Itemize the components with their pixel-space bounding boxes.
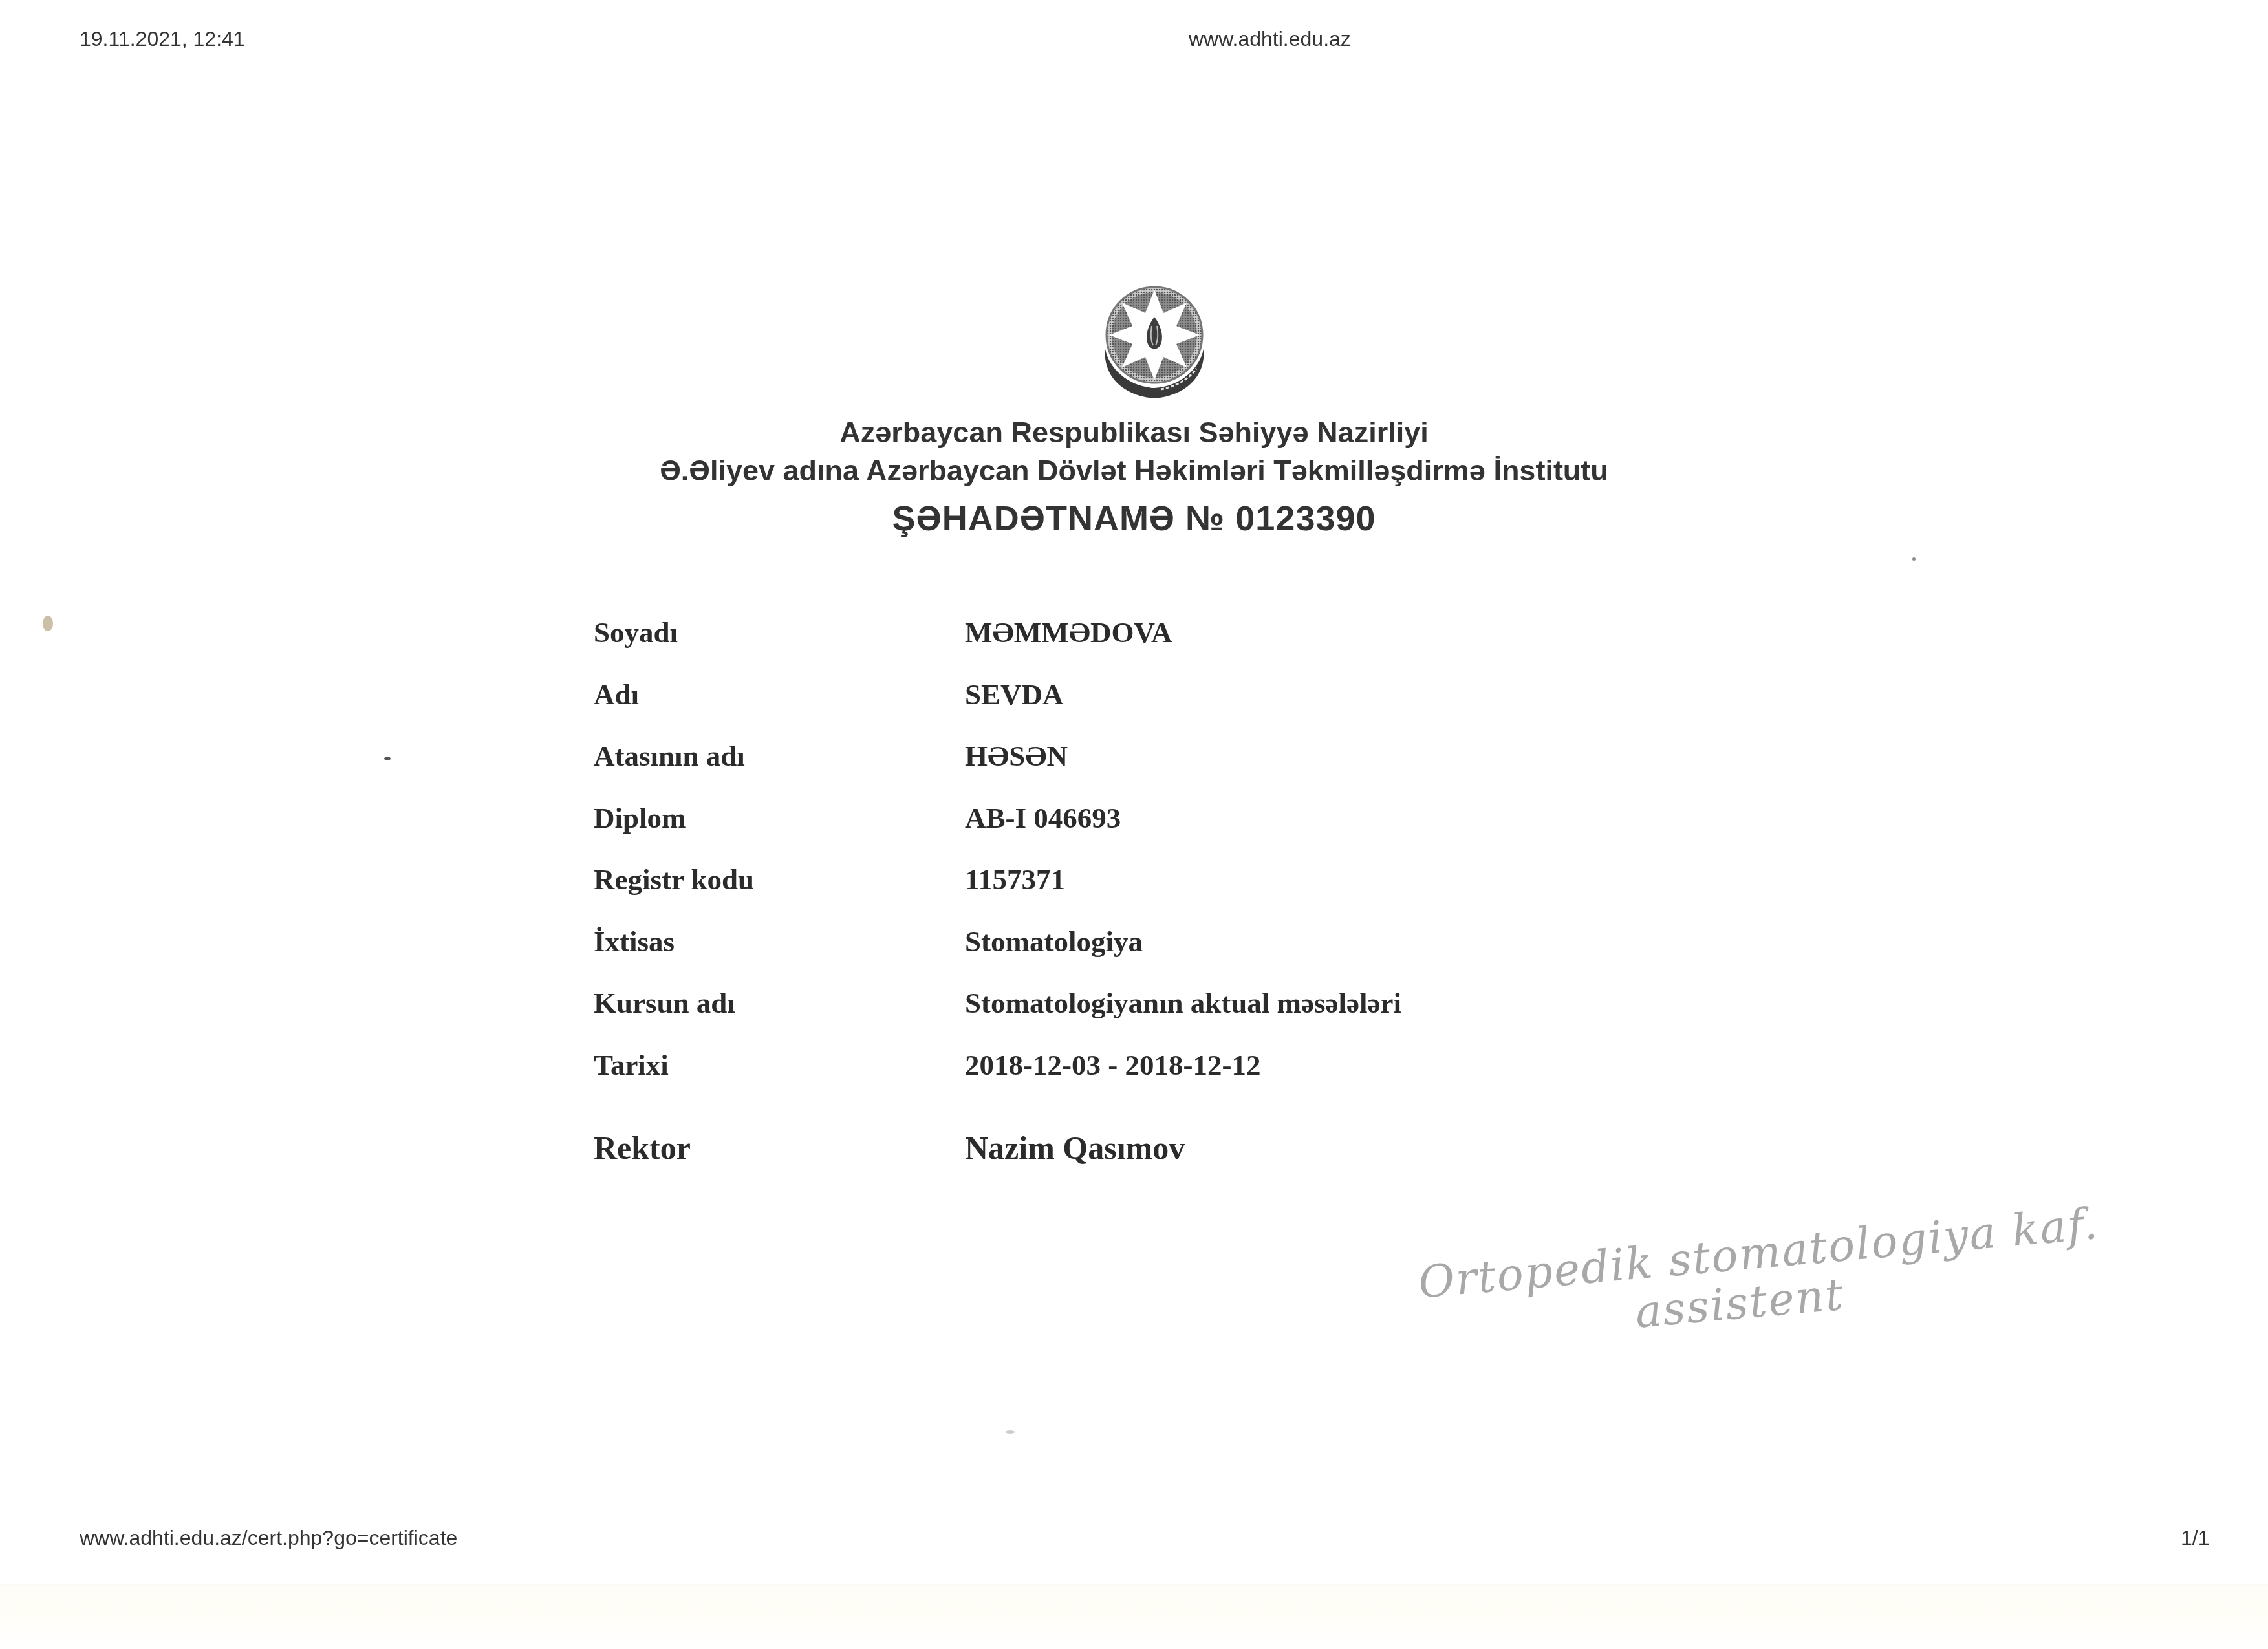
field-label: Diplom [594,801,686,835]
field-value: Stomatologiyanın aktual məsələləri [965,986,1401,1020]
field-label: Adı [594,678,639,711]
scan-paper-edge [0,1584,2268,1649]
field-label: Tarixi [594,1048,669,1082]
field-row-name: Adı SEVDA [594,678,1758,740]
certificate-number: ŞƏHADƏTNAMƏ № 0123390 [0,499,2268,539]
field-row-surname: Soyadı MƏMMƏDOVA [594,616,1758,678]
field-label: İxtisas [594,925,675,958]
field-label: Atasının adı [594,739,745,773]
ministry-title: Azərbaycan Respublikası Səhiyyə Nazirliy… [0,416,2268,449]
rector-name: Nazim Qasımov [965,1129,1185,1167]
field-value: 1157371 [965,863,1065,896]
field-label: Registr kodu [594,863,754,896]
print-page-number: 1/1 [2181,1526,2209,1550]
field-value: AB-I 046693 [965,801,1121,835]
scan-speck [1006,1430,1015,1434]
rector-label: Rektor [594,1129,691,1167]
handwritten-annotation: Ortopedik stomatologiya kaf. assistent [1416,1193,2166,1357]
scan-speck [1912,557,1916,561]
field-row-register-code: Registr kodu 1157371 [594,863,1758,925]
certificate-fields: Soyadı MƏMMƏDOVA Adı SEVDA Atasının adı … [594,616,1758,1181]
azerbaijan-state-emblem-icon [1096,278,1213,401]
field-row-patronymic: Atasının adı HƏSƏN [594,739,1758,801]
field-value: HƏSƏN [965,739,1068,773]
field-value: Stomatologiya [965,925,1143,958]
print-datetime: 19.11.2021, 12:41 [80,27,245,51]
scan-speck [384,757,391,760]
field-row-course-name: Kursun adı Stomatologiyanın aktual məsəl… [594,986,1758,1048]
field-value: 2018-12-03 - 2018-12-12 [965,1048,1260,1082]
field-label: Kursun adı [594,986,735,1020]
institute-title: Ə.Əliyev adına Azərbaycan Dövlət Həkimlə… [0,454,2268,488]
field-label: Soyadı [594,616,678,649]
scan-speck [43,616,53,631]
print-page-url: www.adhti.edu.az/cert.php?go=certificate [80,1526,457,1550]
field-value: SEVDA [965,678,1064,711]
print-site-url: www.adhti.edu.az [1189,27,1351,51]
field-row-diploma: Diplom AB-I 046693 [594,801,1758,863]
field-row-specialty: İxtisas Stomatologiya [594,925,1758,987]
field-value: MƏMMƏDOVA [965,616,1172,649]
field-row-dates: Tarixi 2018-12-03 - 2018-12-12 [594,1048,1758,1110]
rector-row: Rektor Nazim Qasımov [594,1129,1758,1181]
